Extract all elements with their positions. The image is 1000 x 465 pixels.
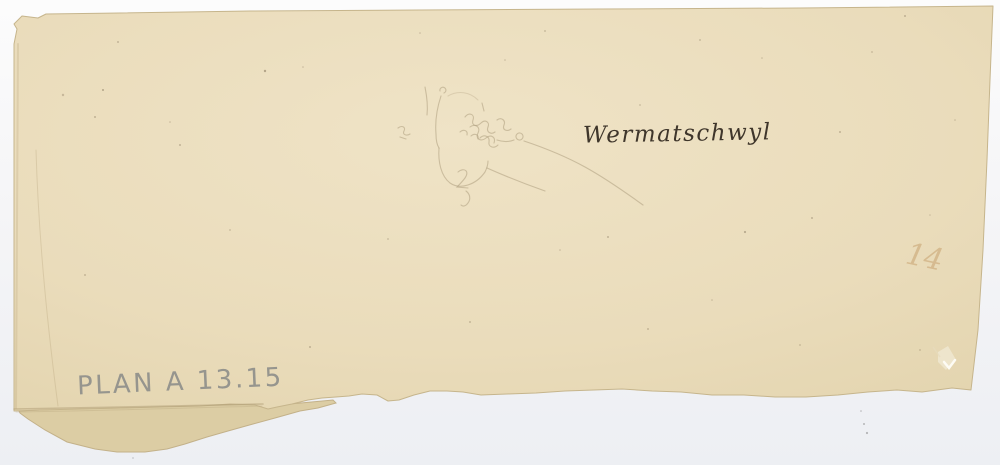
paper-fragment	[14, 6, 993, 411]
scan-background: Wermatschwyl PLAN A 13.15 14	[0, 0, 1000, 465]
corner-pencil-mark: 14	[903, 237, 946, 279]
place-name-label: Wermatschwyl	[583, 119, 772, 148]
